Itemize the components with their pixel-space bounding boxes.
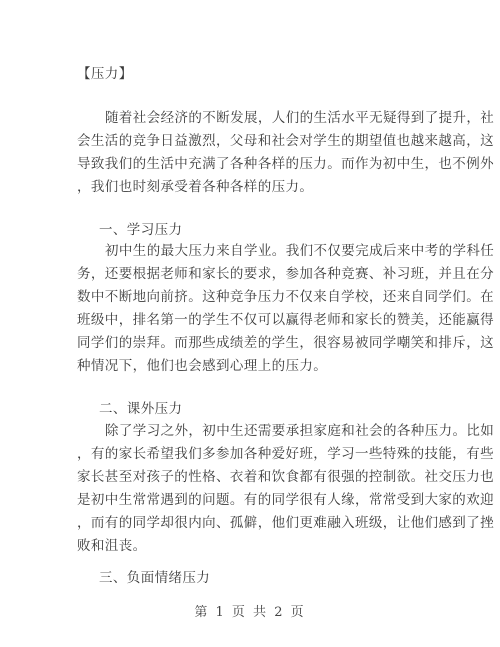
paragraph-line: 是初中生常常遇到的问题。有的同学很有人缘，常常受到大家的欢迎: [77, 492, 494, 508]
paragraph-line: 除了学习之外，初中生还需要承担家庭和社会的各种压力。比如: [105, 423, 494, 439]
intro-line: 会生活的竞争日益激烈，父母和社会对学生的期望值也越来越高，这: [77, 133, 494, 149]
paragraph-line: 家长甚至对孩子的性格、衣着和饮食都有很强的控制欲。社交压力也: [77, 469, 494, 485]
paragraph-line: 初中生的最大压力来自学业。我们不仅要完成后来中考的学科任: [105, 243, 494, 259]
section-heading: 一、学习压力: [99, 222, 182, 238]
page-number-footer: 第 1 页 共 2 页: [0, 601, 500, 620]
section-heading: 二、课外压力: [99, 401, 182, 417]
section-heading: 三、负面情绪压力: [99, 570, 210, 586]
paragraph-line: 种情况下，他们也会感到心理上的压力。: [77, 358, 327, 374]
paragraph-line: ，有的家长希望我们多参加各种爱好班，学习一些特殊的技能，有些: [77, 446, 494, 462]
paragraph-line: 同学们的崇拜。而那些成绩差的学生，很容易被同学嘲笑和排斥，这: [77, 335, 494, 351]
paragraph-line: 班级中，排名第一的学生不仅可以赢得老师和家长的赞美，还能赢得: [77, 312, 494, 328]
intro-line: 随着社会经济的不断发展，人们的生活水平无疑得到了提升，社: [105, 110, 494, 126]
paragraph-line: 数中不断地向前挤。这种竞争压力不仅来自学校，还来自同学们。在: [77, 289, 494, 305]
document-page: 【压力】 随着社会经济的不断发展，人们的生活水平无疑得到了提升，社 会生活的竞争…: [0, 0, 500, 647]
paragraph-line: 务，还要根据老师和家长的要求，参加各种竞赛、补习班，并且在分: [77, 266, 494, 282]
intro-line: 导致我们的生活中充满了各种各样的压力。而作为初中生，也不例外: [77, 156, 494, 172]
document-title: 【压力】: [77, 66, 133, 82]
paragraph-line: 败和沮丧。: [77, 538, 147, 554]
intro-line: ，我们也时刻承受着各种各样的压力。: [77, 179, 313, 195]
paragraph-line: ，而有的同学却很内向、孤僻，他们更难融入班级，让他们感到了挫: [77, 515, 494, 531]
